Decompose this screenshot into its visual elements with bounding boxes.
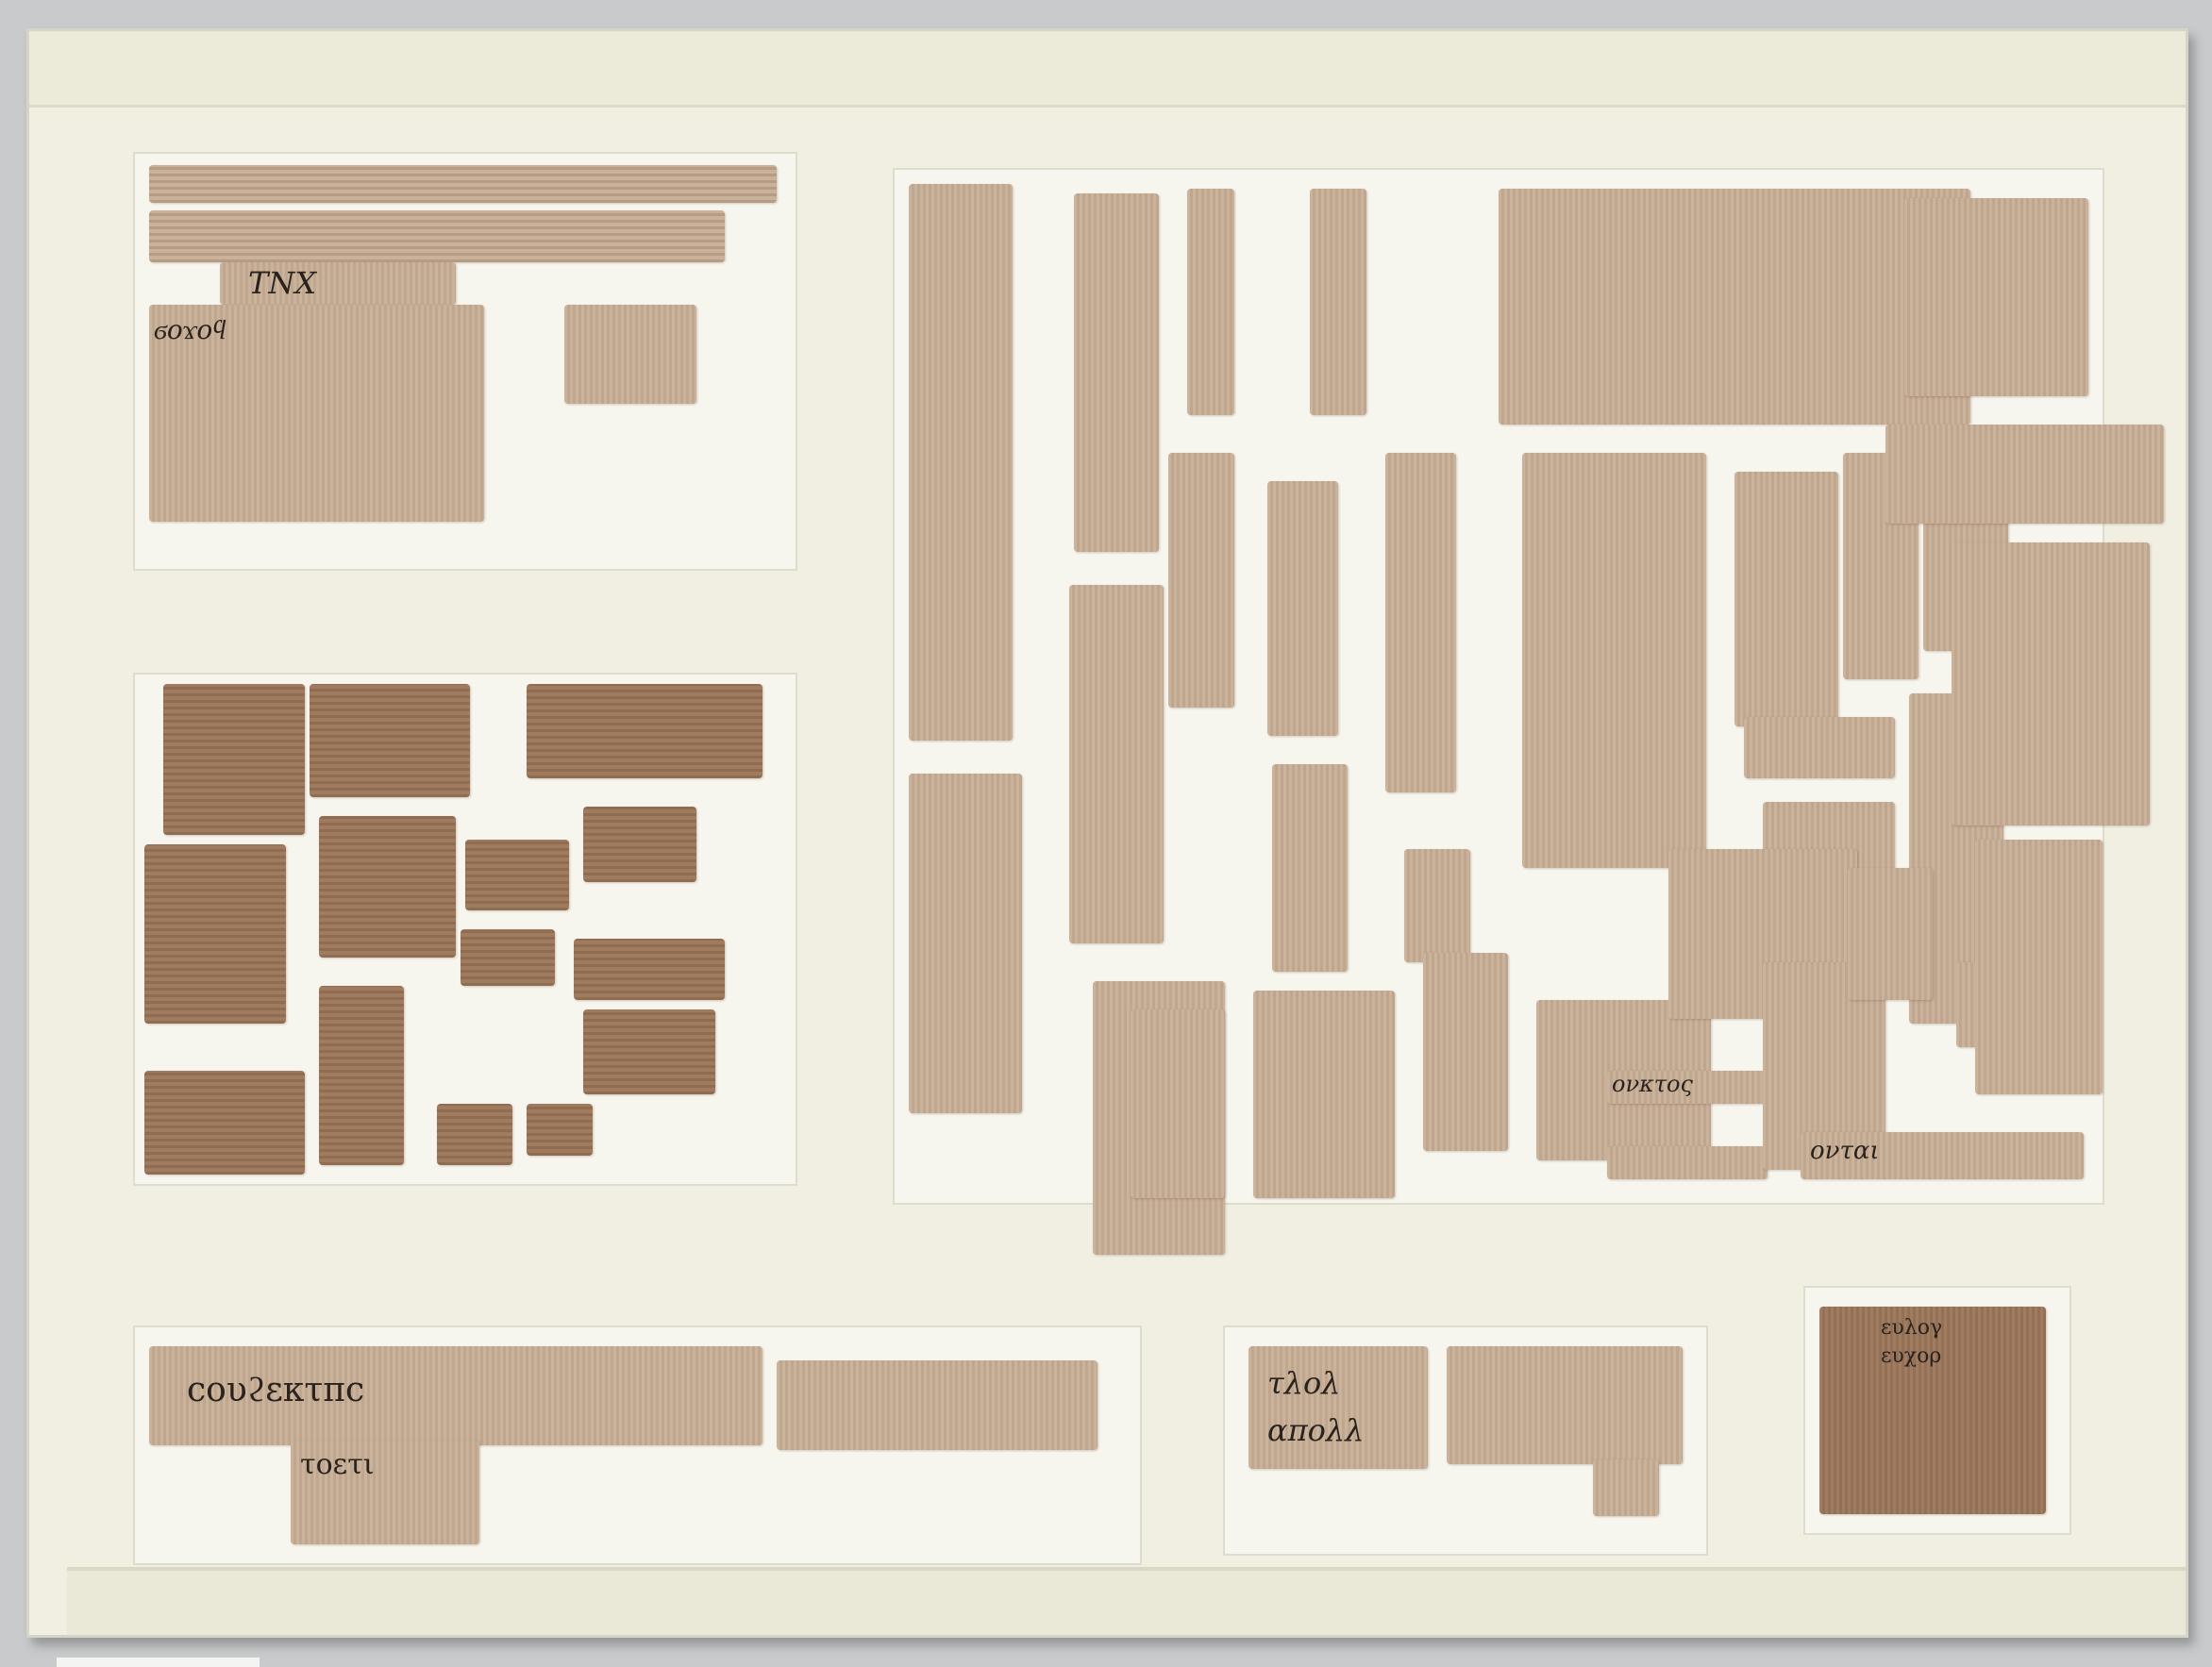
papyrus-fragment	[1744, 717, 1895, 778]
inscription: ΤΝΧ	[248, 265, 316, 301]
inscription: ϲουϩεκτπϲ	[187, 1370, 364, 1409]
inscription: ϭοϫοϥ	[154, 314, 226, 346]
papyrus-fragment	[1272, 764, 1348, 972]
papyrus-fragment	[319, 816, 456, 958]
panel-middle-left	[133, 673, 797, 1186]
papyrus-fragment	[1267, 481, 1338, 736]
papyrus-fragment	[149, 165, 777, 203]
panel-bottom-middle: τλολ απολλ	[1223, 1325, 1708, 1556]
papyrus-fragment	[1885, 425, 2164, 524]
papyrus-fragment	[1385, 453, 1456, 792]
papyrus-fragment	[583, 1009, 715, 1094]
panel-bottom-left: ϲουϩεκτπϲ τοετι	[133, 1325, 1142, 1565]
papyrus-fragment	[163, 684, 305, 835]
papyrus-fragment	[1423, 953, 1508, 1151]
papyrus-fragment	[777, 1360, 1098, 1450]
papyrus-fragment	[144, 1071, 305, 1175]
panel-right-large: ονκτος ονται	[893, 168, 2104, 1205]
frame-top-strip	[29, 31, 2186, 108]
papyrus-fragment	[1131, 1009, 1225, 1198]
museum-label-card	[57, 1658, 260, 1667]
papyrus-fragment	[1904, 198, 2088, 396]
papyrus-fragment	[465, 840, 569, 910]
inscription: ευλογ	[1881, 1316, 1942, 1340]
papyrus-fragment	[1074, 193, 1159, 552]
papyrus-fragment	[909, 184, 1013, 741]
papyrus-fragment	[319, 986, 404, 1165]
panel-top-left: ΤΝΧ ϭοϫοϥ	[133, 152, 797, 571]
inscription: τλολ	[1267, 1365, 1341, 1401]
papyrus-fragment	[1168, 453, 1234, 708]
inscription: ευχορ	[1881, 1344, 1941, 1368]
frame-bottom-strip	[67, 1567, 2186, 1635]
papyrus-fragment	[1593, 1459, 1659, 1516]
panel-bottom-right: ευλογ ευχορ	[1803, 1286, 2071, 1535]
papyrus-fragment	[149, 210, 725, 262]
papyrus-fragment	[1952, 542, 2150, 825]
papyrus-fragment	[574, 939, 725, 1000]
inscription: ονται	[1810, 1137, 1880, 1165]
inscription: απολλ	[1267, 1412, 1364, 1448]
inscription: τοετι	[300, 1448, 375, 1481]
papyrus-fragment	[1447, 1346, 1683, 1464]
papyrus-fragment	[1253, 991, 1395, 1198]
papyrus-fragment	[909, 774, 1022, 1113]
papyrus-fragment	[1310, 189, 1366, 415]
papyrus-fragment	[527, 1104, 593, 1156]
papyrus-fragment	[564, 305, 696, 404]
papyrus-fragment	[437, 1104, 512, 1165]
papyrus-fragment	[1404, 849, 1470, 962]
display-frame: ΤΝΧ ϭοϫοϥ	[26, 28, 2188, 1638]
papyrus-fragment	[310, 684, 470, 797]
papyrus-fragment	[583, 807, 696, 882]
papyrus-fragment	[1607, 1146, 1768, 1179]
papyrus-fragment	[1522, 453, 1706, 868]
papyrus-fragment	[1499, 189, 1970, 425]
inscription: ονκτος	[1612, 1071, 1693, 1097]
papyrus-fragment	[1848, 868, 1933, 1000]
papyrus-fragment	[1187, 189, 1234, 415]
papyrus-fragment	[144, 844, 286, 1024]
papyrus-fragment	[461, 929, 555, 986]
papyrus-fragment	[1734, 472, 1838, 726]
papyrus-fragment	[1069, 585, 1164, 943]
papyrus-fragment	[1975, 840, 2103, 1094]
papyrus-fragment	[527, 684, 762, 778]
